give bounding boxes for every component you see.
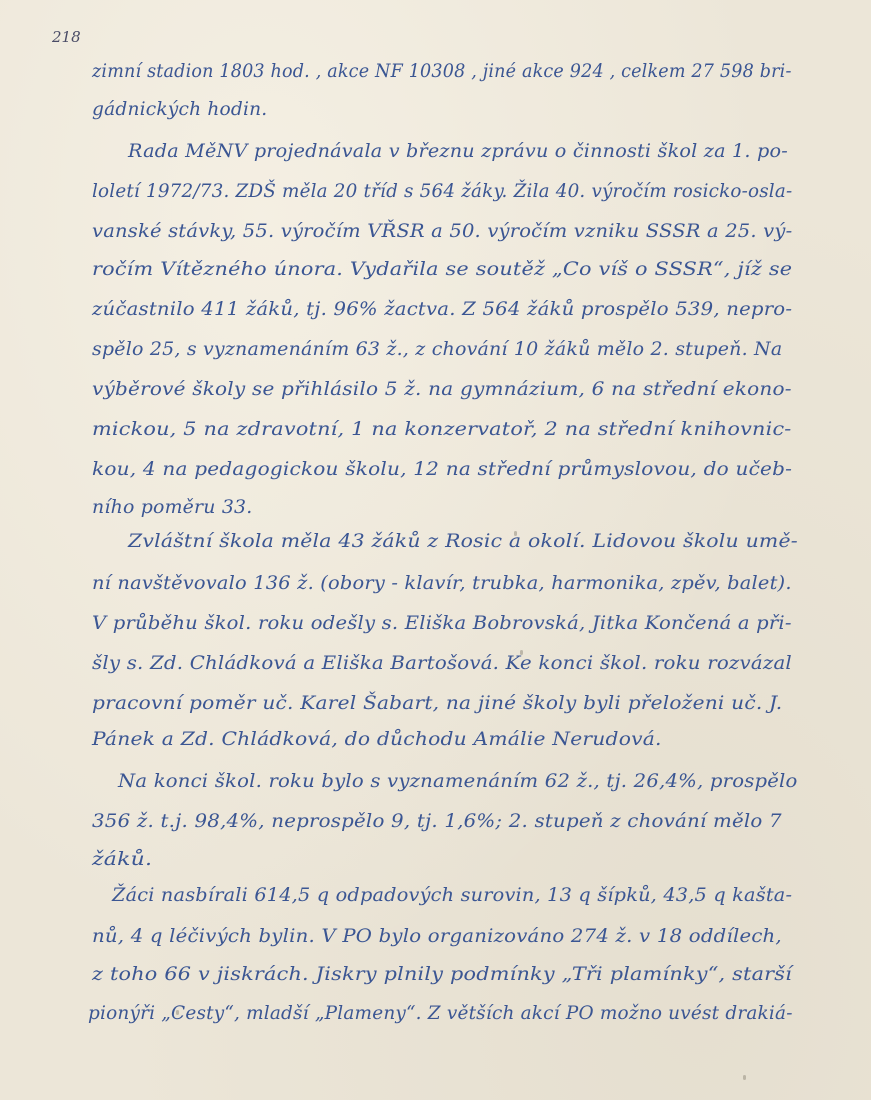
text-line: Zvláštní škola měla 43 žáků z Rosic a ok… <box>128 530 798 552</box>
text-line: z toho 66 v jiskrách. Jiskry plnily podm… <box>92 963 792 985</box>
text-line: ního poměru 33. <box>92 496 252 518</box>
text-line: mickou, 5 na zdravotní, 1 na konzervatoř… <box>92 418 792 440</box>
text-line: kou, 4 na pedagogickou školu, 12 na stře… <box>92 458 792 480</box>
text-line: Žáci nasbírali 614,5 q odpadových surovi… <box>112 884 792 906</box>
text-line: zimní stadion 1803 hod. , akce NF 10308 … <box>92 60 792 82</box>
text-line: Na konci škol. roku bylo s vyznamenáním … <box>118 770 798 792</box>
text-line: výběrové školy se přihlásilo 5 ž. na gym… <box>92 378 792 400</box>
text-line: pionýři „Cesty“, mladší „Plameny“. Z vět… <box>88 1002 793 1024</box>
text-line: nů, 4 q léčivých bylin. V PO bylo organi… <box>92 925 782 947</box>
text-line: 356 ž. t.j. 98,4%, neprospělo 9, tj. 1,6… <box>92 810 782 832</box>
text-line: zúčastnilo 411 žáků, tj. 96% žactva. Z 5… <box>92 298 792 320</box>
text-line: ročím Vítězného února. Vydařila se soutě… <box>92 258 792 280</box>
text-line: gádnických hodin. <box>92 98 267 120</box>
text-line: spělo 25, s vyznamenáním 63 ž., z chován… <box>92 338 782 360</box>
paper-speck <box>176 1010 179 1015</box>
text-line: vanské stávky, 55. výročím VŘSR a 50. vý… <box>92 220 792 242</box>
text-line: šly s. Zd. Chládková a Eliška Bartošová.… <box>92 652 792 674</box>
text-line: V průběhu škol. roku odešly s. Eliška Bo… <box>92 612 792 634</box>
text-line: Rada MěNV projednávala v březnu zprávu o… <box>128 140 788 162</box>
text-line: loletí 1972/73. ZDŠ měla 20 tříd s 564 ž… <box>92 180 792 202</box>
page-number: 218 <box>52 28 81 46</box>
text-line: žáků. <box>92 848 152 870</box>
text-line: Pánek a Zd. Chládková, do důchodu Amálie… <box>92 728 662 750</box>
text-line: ní navštěvovalo 136 ž. (obory - klavír, … <box>92 572 792 594</box>
paper-speck <box>743 1075 746 1080</box>
paper-speck <box>514 531 517 536</box>
paper-speck <box>520 650 523 655</box>
chronicle-page: 218 zimní stadion 1803 hod. , akce NF 10… <box>0 0 871 1100</box>
text-line: pracovní poměr uč. Karel Šabart, na jiné… <box>92 692 782 714</box>
